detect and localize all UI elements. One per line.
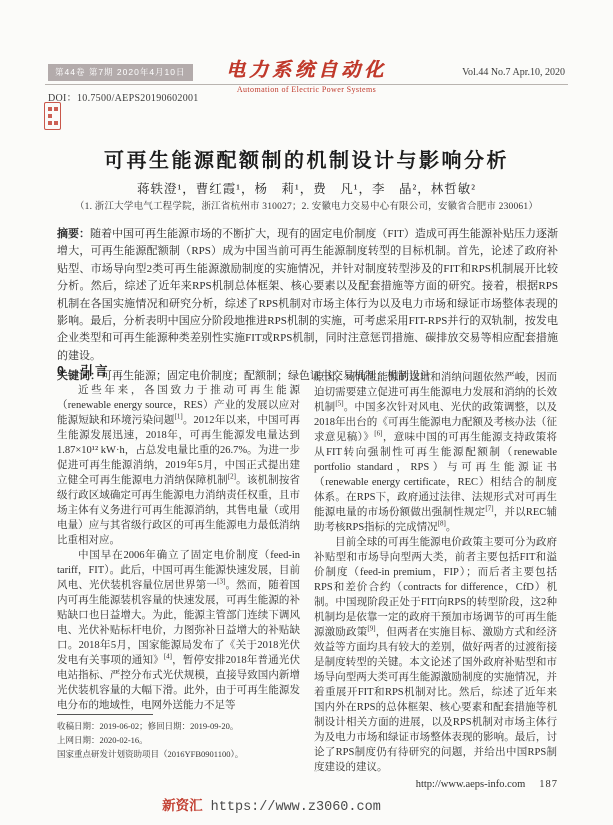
watermark: 新资汇https://www.z3060.com <box>0 794 543 815</box>
body-column-right: 原因，可再生能源的送出和消纳问题依然严峻，因而迫切需要建立促进可再生能源电力发展… <box>314 370 557 775</box>
abstract-label: 摘要： <box>57 228 90 240</box>
author-list: 蒋轶澄¹，曹红霞¹，杨 莉¹，费 凡¹，李 晶²，林哲敏² <box>0 179 613 197</box>
body-paragraph: 中国早在2006年确立了固定电价制度（feed-in tariff，FIT）。此… <box>57 548 300 713</box>
body-paragraph: 近些年来，各国致力于推动可再生能源（renewable energy sourc… <box>57 383 300 548</box>
page-number: 187 <box>539 779 558 790</box>
watermark-url-link[interactable]: https://www.z3060.com <box>211 800 381 815</box>
affiliation: （1. 浙江大学电气工程学院，浙江省杭州市 310027；2. 安徽电力交易中心… <box>0 198 613 212</box>
body-paragraph: 目前全球的可再生能源电价政策主要可分为政府补贴型和市场导向型两大类，前者主要包括… <box>314 535 557 775</box>
paper-page: 第44卷 第7期 2020年4月10日 DOI：10.7500/AEPS2019… <box>0 0 613 825</box>
watermark-brand: 新资汇 <box>162 800 203 815</box>
body-paragraph: 原因，可再生能源的送出和消纳问题依然严峻，因而迫切需要建立促进可再生能源电力发展… <box>314 370 557 535</box>
footnote-received-date: 收稿日期：2019-06-02；修回日期：2019-09-20。 <box>57 719 300 733</box>
journal-logo-cn: 电力系统自动化 <box>212 58 402 84</box>
red-qr-stamp-icon <box>44 102 61 130</box>
section-heading-introduction: 0 引言 <box>57 361 109 379</box>
abstract-paragraph: 摘要：随着中国可再生能源市场的不断扩大，现有的固定电价制度（FIT）造成可再生能… <box>57 226 558 365</box>
page-footer: http://www.aeps-info.com187 <box>314 779 558 790</box>
footnote-funding: 国家重点研发计划资助项目（2016YFB0901100）。 <box>57 747 300 761</box>
page-title: 可再生能源配额制的机制设计与影响分析 <box>0 144 613 173</box>
footnote-rule <box>57 714 153 715</box>
footnote-block: 收稿日期：2019-06-02；修回日期：2019-09-20。 上网日期：20… <box>57 714 300 761</box>
abstract-block: 摘要：随着中国可再生能源市场的不断扩大，现有的固定电价制度（FIT）造成可再生能… <box>57 226 558 386</box>
journal-logo-en: Automation of Electric Power Systems <box>0 85 613 94</box>
footnote-online-date: 上网日期：2020-02-16。 <box>57 733 300 747</box>
body-column-left: 近些年来，各国致力于推动可再生能源（renewable energy sourc… <box>57 383 300 713</box>
journal-website-link[interactable]: http://www.aeps-info.com <box>416 779 526 790</box>
abstract-text: 随着中国可再生能源市场的不断扩大，现有的固定电价制度（FIT）造成可再生能源补贴… <box>57 228 558 362</box>
journal-logo: 电力系统自动化 Automation of Electric Power Sys… <box>0 58 613 94</box>
